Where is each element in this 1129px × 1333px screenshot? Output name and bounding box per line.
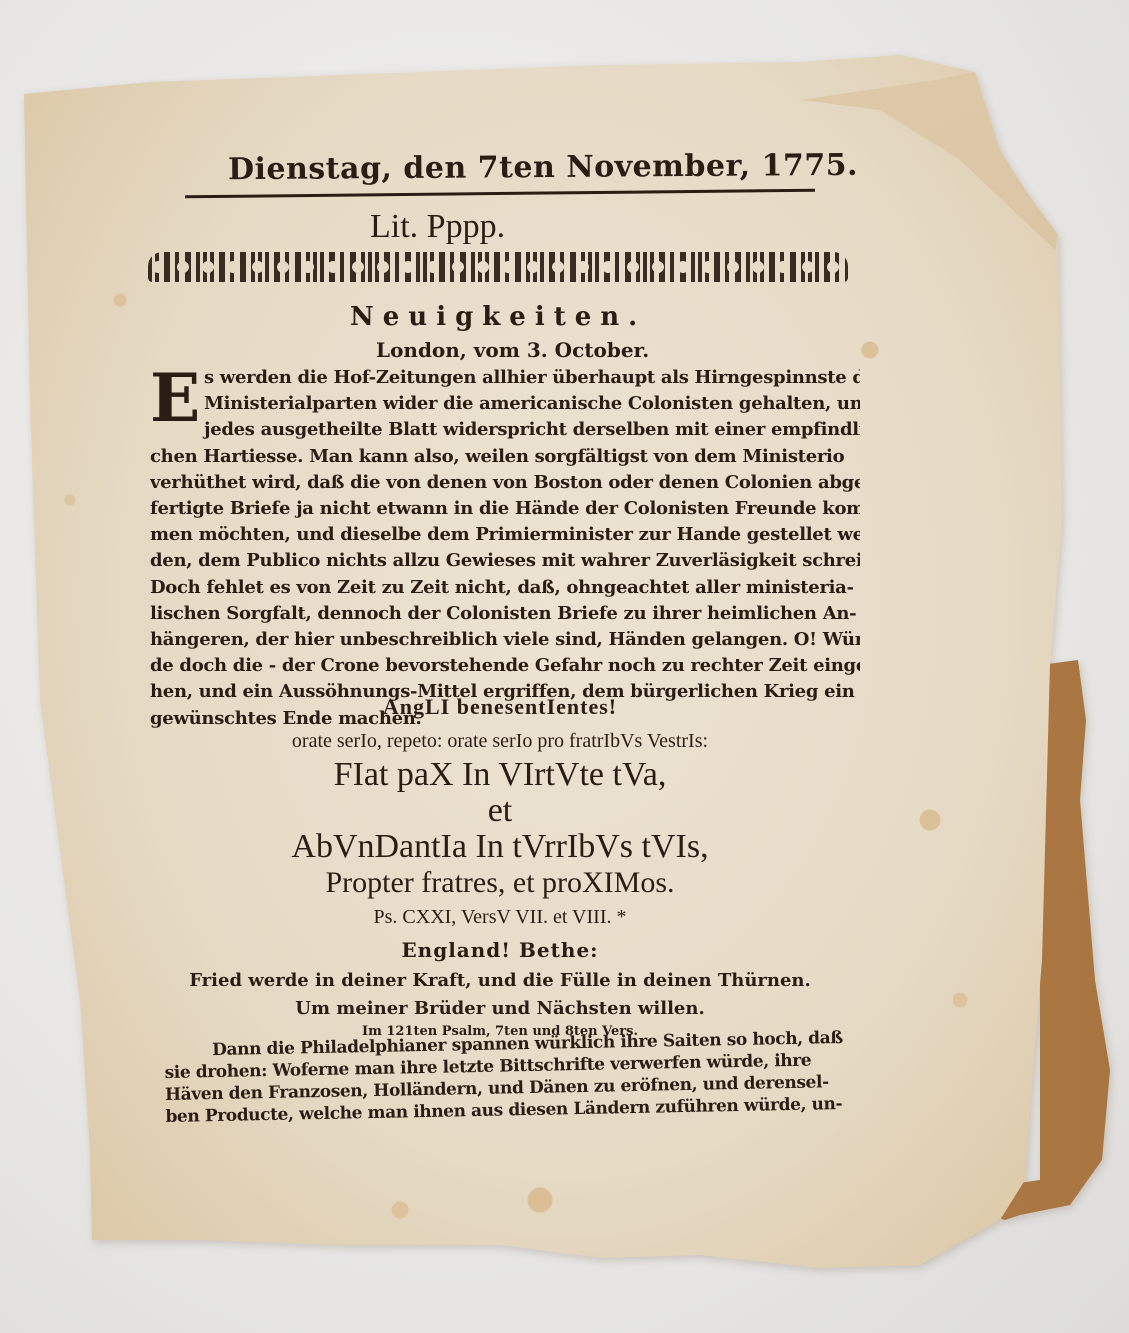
latin-verse-line: Propter fratres, et proXIMos. <box>0 866 1000 900</box>
body-line: den, dem Publico nichts allzu Gewieses m… <box>150 548 860 574</box>
body-line: chen Hartiesse. Man kann also, weilen so… <box>150 444 860 470</box>
body-line: s werden die Hof-Zeitungen allhier überh… <box>150 365 860 391</box>
body-line: Doch fehlet es von Zeit zu Zeit nicht, d… <box>150 575 860 601</box>
section-title: Neuigkeiten. <box>350 302 646 332</box>
german-verse-line: Fried werde in deiner Kraft, und die Fül… <box>0 970 1000 991</box>
german-verse-line: Um meiner Brüder und Nächsten willen. <box>0 998 1000 1019</box>
body-line: fertigte Briefe ja nicht etwann in die H… <box>150 496 860 522</box>
body-line: verhüthet wird, daß die von denen von Bo… <box>150 470 860 496</box>
latin-verse-line: AngLI benesentIentes! <box>0 694 1000 720</box>
dateline: Dienstag, den 7ten November, 1775. <box>228 148 858 187</box>
article-continuation: Dann die Philadelphianer spannen würklic… <box>164 1027 856 1128</box>
issue-mark: Lit. Pppp. <box>370 208 505 246</box>
body-line: Ministerialparten wider die americanisch… <box>150 391 860 417</box>
latin-verse-line: et <box>0 792 1000 830</box>
body-line: men möchten, und dieselbe dem Primiermin… <box>150 522 860 548</box>
body-line: lischen Sorgfalt, dennoch der Colonisten… <box>150 601 860 627</box>
german-verse-heading: England! Bethe: <box>0 938 1000 962</box>
body-line: jedes ausgetheilte Blatt widerspricht de… <box>150 417 860 443</box>
body-line: hängeren, der hier unbeschreiblich viele… <box>150 627 860 653</box>
latin-citation: Ps. CXXI, VersV VII. et VIII. * <box>0 906 1000 929</box>
dateline-subhead: London, vom 3. October. <box>376 338 649 362</box>
article-body: s werden die Hof-Zeitungen allhier überh… <box>150 365 860 732</box>
latin-verse-line: FIat paX In VIrtVte tVa, <box>0 756 1000 794</box>
body-line: de doch die - der Crone bevorstehende Ge… <box>150 653 860 679</box>
latin-verse-line: AbVnDantIa In tVrrIbVs tVIs, <box>0 828 1000 866</box>
latin-verse-line: orate serIo, repeto: orate serIo pro fra… <box>0 730 1000 753</box>
decorative-border-ornament <box>148 252 848 282</box>
